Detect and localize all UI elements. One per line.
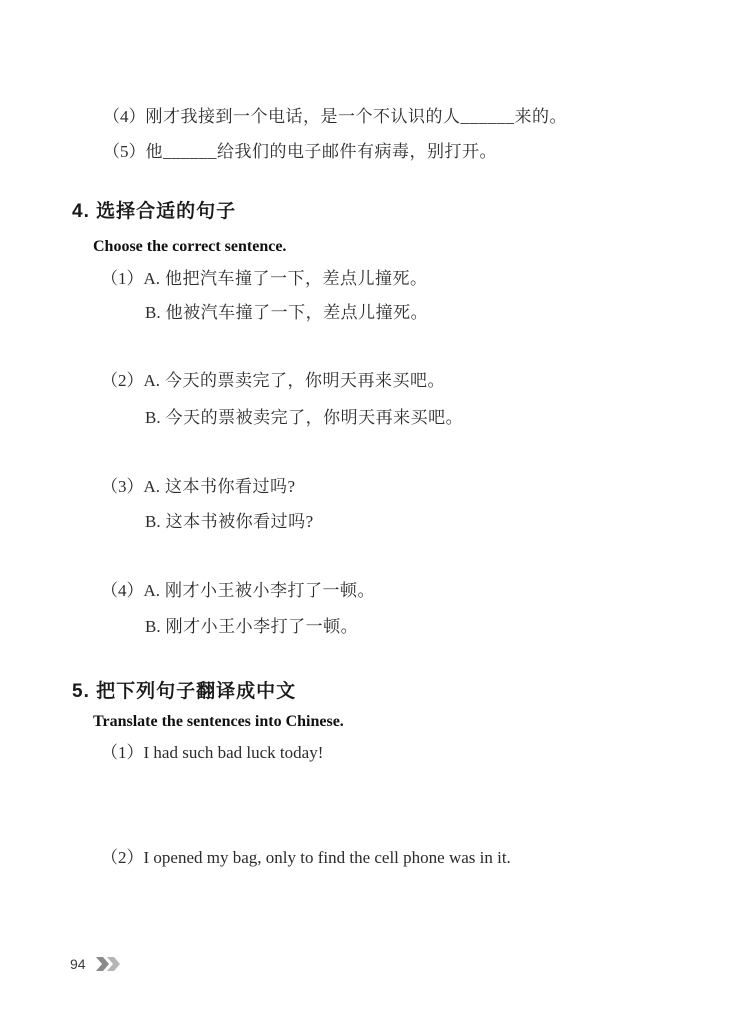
fill-item-4: （4）刚才我接到一个电话，是一个不认识的人______来的。 <box>103 106 567 128</box>
section5-heading-zh: 5. 把下列句子翻译成中文 <box>72 681 296 703</box>
translate-item-2-number: （2） <box>101 848 144 867</box>
choose-item-1-number: （1） <box>101 269 144 288</box>
translate-item-2-text: I opened my bag, only to find the cell p… <box>144 848 511 867</box>
option-b-label: B. <box>145 408 161 427</box>
translate-item-1: （1）I had such bad luck today! <box>101 742 323 764</box>
option-a-text: 他把汽车撞了一下，差点儿撞死。 <box>165 269 428 288</box>
fill-item-5-text: 他______给我们的电子邮件有病毒，别打开。 <box>146 142 498 161</box>
choose-item-2-option-a: （2）A.今天的票卖完了，你明天再来买吧。 <box>101 370 445 392</box>
page-footer: 94 <box>70 956 122 972</box>
option-b-label: B. <box>145 303 161 322</box>
section4-heading-zh: 4. 选择合适的句子 <box>72 201 236 223</box>
fill-item-4-number: （4） <box>103 107 146 126</box>
fill-item-5-number: （5） <box>103 142 146 161</box>
option-a-text: 今天的票卖完了，你明天再来买吧。 <box>165 371 445 390</box>
translate-item-1-text: I had such bad luck today! <box>144 743 324 762</box>
choose-item-1-option-b: B.他被汽车撞了一下，差点儿撞死。 <box>145 302 428 324</box>
option-a-label: A. <box>144 477 161 496</box>
choose-item-3-number: （3） <box>101 477 144 496</box>
fill-item-5: （5）他______给我们的电子邮件有病毒，别打开。 <box>103 141 497 163</box>
choose-item-4-option-b: B.刚才小王小李打了一顿。 <box>145 616 358 638</box>
choose-item-3-option-a: （3）A.这本书你看过吗? <box>101 476 296 498</box>
page-number: 94 <box>70 956 86 972</box>
option-a-label: A. <box>144 581 161 600</box>
option-b-text: 这本书被你看过吗? <box>166 512 314 531</box>
choose-item-4-option-a: （4）A.刚才小王被小李打了一顿。 <box>101 580 375 602</box>
choose-item-2-number: （2） <box>101 371 144 390</box>
option-b-text: 刚才小王小李打了一顿。 <box>166 617 359 636</box>
choose-item-3-option-b: B.这本书被你看过吗? <box>145 511 314 533</box>
choose-item-1-option-a: （1）A.他把汽车撞了一下，差点儿撞死。 <box>101 268 428 290</box>
option-b-label: B. <box>145 617 161 636</box>
option-b-text: 今天的票被卖完了，你明天再来买吧。 <box>166 408 464 427</box>
option-b-text: 他被汽车撞了一下，差点儿撞死。 <box>166 303 429 322</box>
choose-item-4-number: （4） <box>101 581 144 600</box>
translate-item-2: （2）I opened my bag, only to find the cel… <box>101 847 511 869</box>
choose-item-2-option-b: B.今天的票被卖完了，你明天再来买吧。 <box>145 407 463 429</box>
section4-heading-en: Choose the correct sentence. <box>93 236 286 258</box>
option-b-label: B. <box>145 512 161 531</box>
textbook-page: （4）刚才我接到一个电话，是一个不认识的人______来的。 （5）他_____… <box>0 0 750 1018</box>
fill-item-4-text: 刚才我接到一个电话，是一个不认识的人______来的。 <box>146 107 568 126</box>
option-a-text: 这本书你看过吗? <box>165 477 296 496</box>
option-a-text: 刚才小王被小李打了一顿。 <box>165 581 375 600</box>
option-a-label: A. <box>144 371 161 390</box>
double-chevron-right-icon <box>96 957 122 971</box>
option-a-label: A. <box>144 269 161 288</box>
translate-item-1-number: （1） <box>101 743 144 762</box>
section5-heading-en: Translate the sentences into Chinese. <box>93 711 344 733</box>
